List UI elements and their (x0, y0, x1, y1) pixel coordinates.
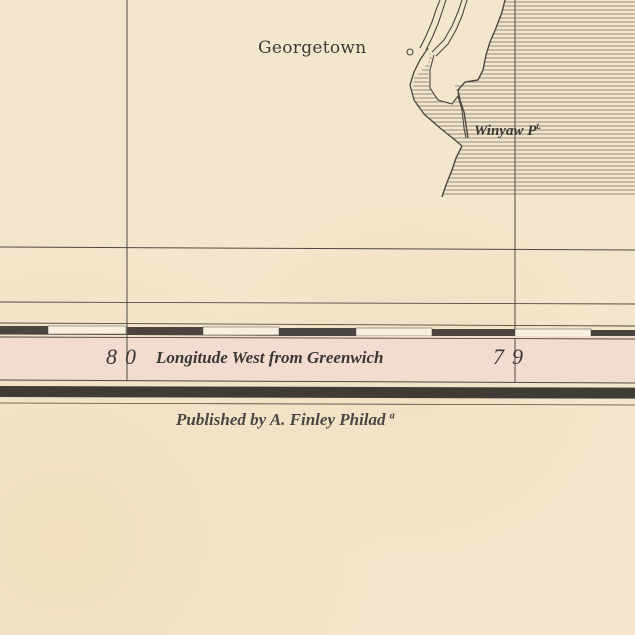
publisher-imprint: Published by A. Finley Philad a (176, 410, 395, 430)
longitude-80-tens: 8 (106, 344, 117, 369)
winyaw-point-name: Winyaw P (474, 123, 536, 139)
publisher-text: Published by A. Finley Philad (176, 410, 386, 429)
longitude-79-label: 79 (493, 344, 523, 370)
georgetown-label: Georgetown (258, 38, 367, 58)
longitude-caption: Longitude West from Greenwich (156, 348, 383, 368)
longitude-80-ones: 0 (125, 344, 136, 369)
longitude-79-ones: 9 (512, 344, 523, 369)
winyaw-point-suffix: t. (536, 121, 541, 131)
border-lines-overlay (0, 0, 635, 635)
winyaw-point-label: Winyaw Pt. (474, 121, 541, 140)
thick-border-rule (0, 386, 635, 399)
longitude-79-tens: 7 (493, 344, 504, 369)
longitude-80-label: 80 (106, 344, 136, 370)
publisher-superscript: a (390, 410, 395, 421)
